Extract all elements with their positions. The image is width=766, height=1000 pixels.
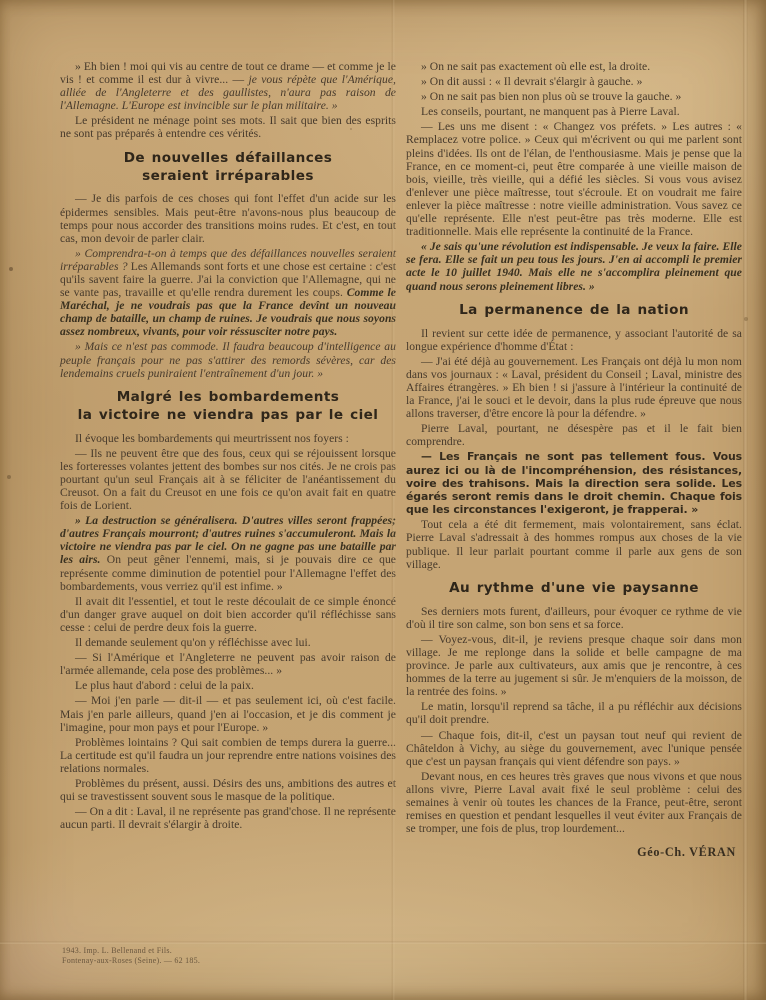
paragraph: Tout cela a été dit fermement, mais volo… — [406, 518, 742, 570]
paragraph: Problèmes lointains ? Qui sait combien d… — [60, 736, 396, 775]
paragraph: Il avait dit l'essentiel, et tout le res… — [60, 595, 396, 634]
paragraph: Problèmes du présent, aussi. Désirs des … — [60, 777, 396, 803]
paragraph: — On a dit : Laval, il ne représente pas… — [60, 805, 396, 831]
paragraph: » Eh bien ! moi qui vis au centre de tou… — [60, 60, 396, 112]
printer-imprint: 1943. Imp. L. Bellenand et Fils. Fontena… — [62, 946, 200, 966]
paragraph: « Je sais qu'une révolution est indispen… — [406, 240, 742, 292]
right-column: » On ne sait pas exactement où elle est,… — [406, 60, 742, 1000]
paragraph: — J'ai été déjà au gouvernement. Les Fra… — [406, 355, 742, 420]
paragraph: — Les uns me disent : « Changez vos préf… — [406, 120, 742, 238]
section-heading: La permanence de la nation — [406, 302, 742, 320]
paragraph: Le plus haut d'abord : celui de la paix. — [60, 679, 396, 692]
paragraph: — Ils ne peuvent être que des fous, ceux… — [60, 447, 396, 512]
imprint-line-2: Fontenay-aux-Roses (Seine). — 62 185. — [62, 956, 200, 966]
paragraph: » On ne sait pas bien non plus où se tro… — [406, 90, 742, 103]
paragraph: Ses derniers mots furent, d'ailleurs, po… — [406, 605, 742, 631]
paragraph: Le président ne ménage point ses mots. I… — [60, 114, 396, 140]
paragraph: » La destruction se généralisera. D'autr… — [60, 514, 396, 593]
paper-specks — [0, 0, 2, 2]
paragraph: Il évoque les bombardements qui meurtris… — [60, 432, 396, 445]
paragraph: — Voyez-vous, dit-il, je reviens presque… — [406, 633, 742, 698]
section-heading: De nouvelles défaillances seraient irrép… — [60, 150, 396, 186]
text-segment: On peut gêner l'ennemi, mais, si je pouv… — [60, 553, 396, 592]
document-page: » Eh bien ! moi qui vis au centre de tou… — [0, 0, 766, 1000]
section-heading: Au rythme d'une vie paysanne — [406, 580, 742, 598]
imprint-line-1: 1943. Imp. L. Bellenand et Fils. — [62, 946, 200, 956]
paragraph: » Mais ce n'est pas commode. Il faudra b… — [60, 340, 396, 379]
author-signature: Géo-Ch. VÉRAN — [406, 845, 736, 860]
paragraph: — Chaque fois, dit-il, c'est un paysan t… — [406, 729, 742, 768]
paragraph: — Les Français ne sont pas tellement fou… — [406, 450, 742, 516]
paragraph: Il demande seulement qu'on y réfléchisse… — [60, 636, 396, 649]
paragraph: » Comprendra-t-on à temps que des défail… — [60, 247, 396, 339]
paragraph: Le matin, lorsqu'il reprend sa tâche, il… — [406, 700, 742, 726]
paragraph: — Si l'Amérique et l'Angleterre ne peuve… — [60, 651, 396, 677]
paragraph: Les conseils, pourtant, ne manquent pas … — [406, 105, 742, 118]
page-content: » Eh bien ! moi qui vis au centre de tou… — [60, 60, 742, 1000]
paragraph: Il revient sur cette idée de permanence,… — [406, 327, 742, 353]
paragraph: » On dit aussi : « Il devrait s'élargir … — [406, 75, 742, 88]
paragraph: Pierre Laval, pourtant, ne désespère pas… — [406, 422, 742, 448]
paper-crease-right — [743, 0, 748, 1000]
left-column: » Eh bien ! moi qui vis au centre de tou… — [60, 60, 396, 1000]
paragraph: — Moi j'en parle — dit-il — et pas seule… — [60, 694, 396, 733]
paragraph: » On ne sait pas exactement où elle est,… — [406, 60, 742, 73]
paragraph: — Je dis parfois de ces choses qui font … — [60, 192, 396, 244]
paragraph: Devant nous, en ces heures très graves q… — [406, 770, 742, 835]
section-heading: Malgré les bombardements la victoire ne … — [60, 389, 396, 425]
